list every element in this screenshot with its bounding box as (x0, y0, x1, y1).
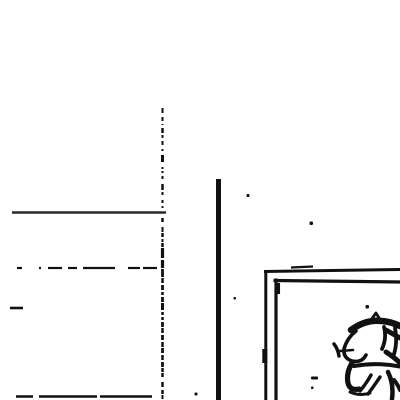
seal-glyph-stroke (344, 331, 366, 361)
ink-speck (311, 377, 318, 380)
seal-glyph-stroke (351, 321, 400, 330)
seal-glyph-stroke (354, 364, 400, 366)
seal-glyph-stroke (334, 344, 339, 356)
seal-glyph-stroke (340, 350, 353, 351)
ink-speck (311, 387, 314, 390)
seal-frame-outer-top (264, 270, 400, 272)
seal-glyph-stroke (394, 380, 400, 390)
seal-glyph-stroke (388, 372, 393, 399)
seal-frame-inner-top (274, 281, 400, 283)
ink-speck (366, 305, 370, 309)
scanned-page (0, 0, 400, 400)
scan-canvas (0, 0, 400, 400)
ink-speck (310, 222, 314, 226)
ink-speck (247, 194, 250, 197)
ink-speck (195, 393, 198, 396)
seal-glyph-stroke (386, 330, 400, 338)
seal-glyph-stroke (360, 375, 371, 391)
seal-frame-outer-top-overstroke (291, 267, 313, 268)
ink-speck (234, 297, 237, 300)
